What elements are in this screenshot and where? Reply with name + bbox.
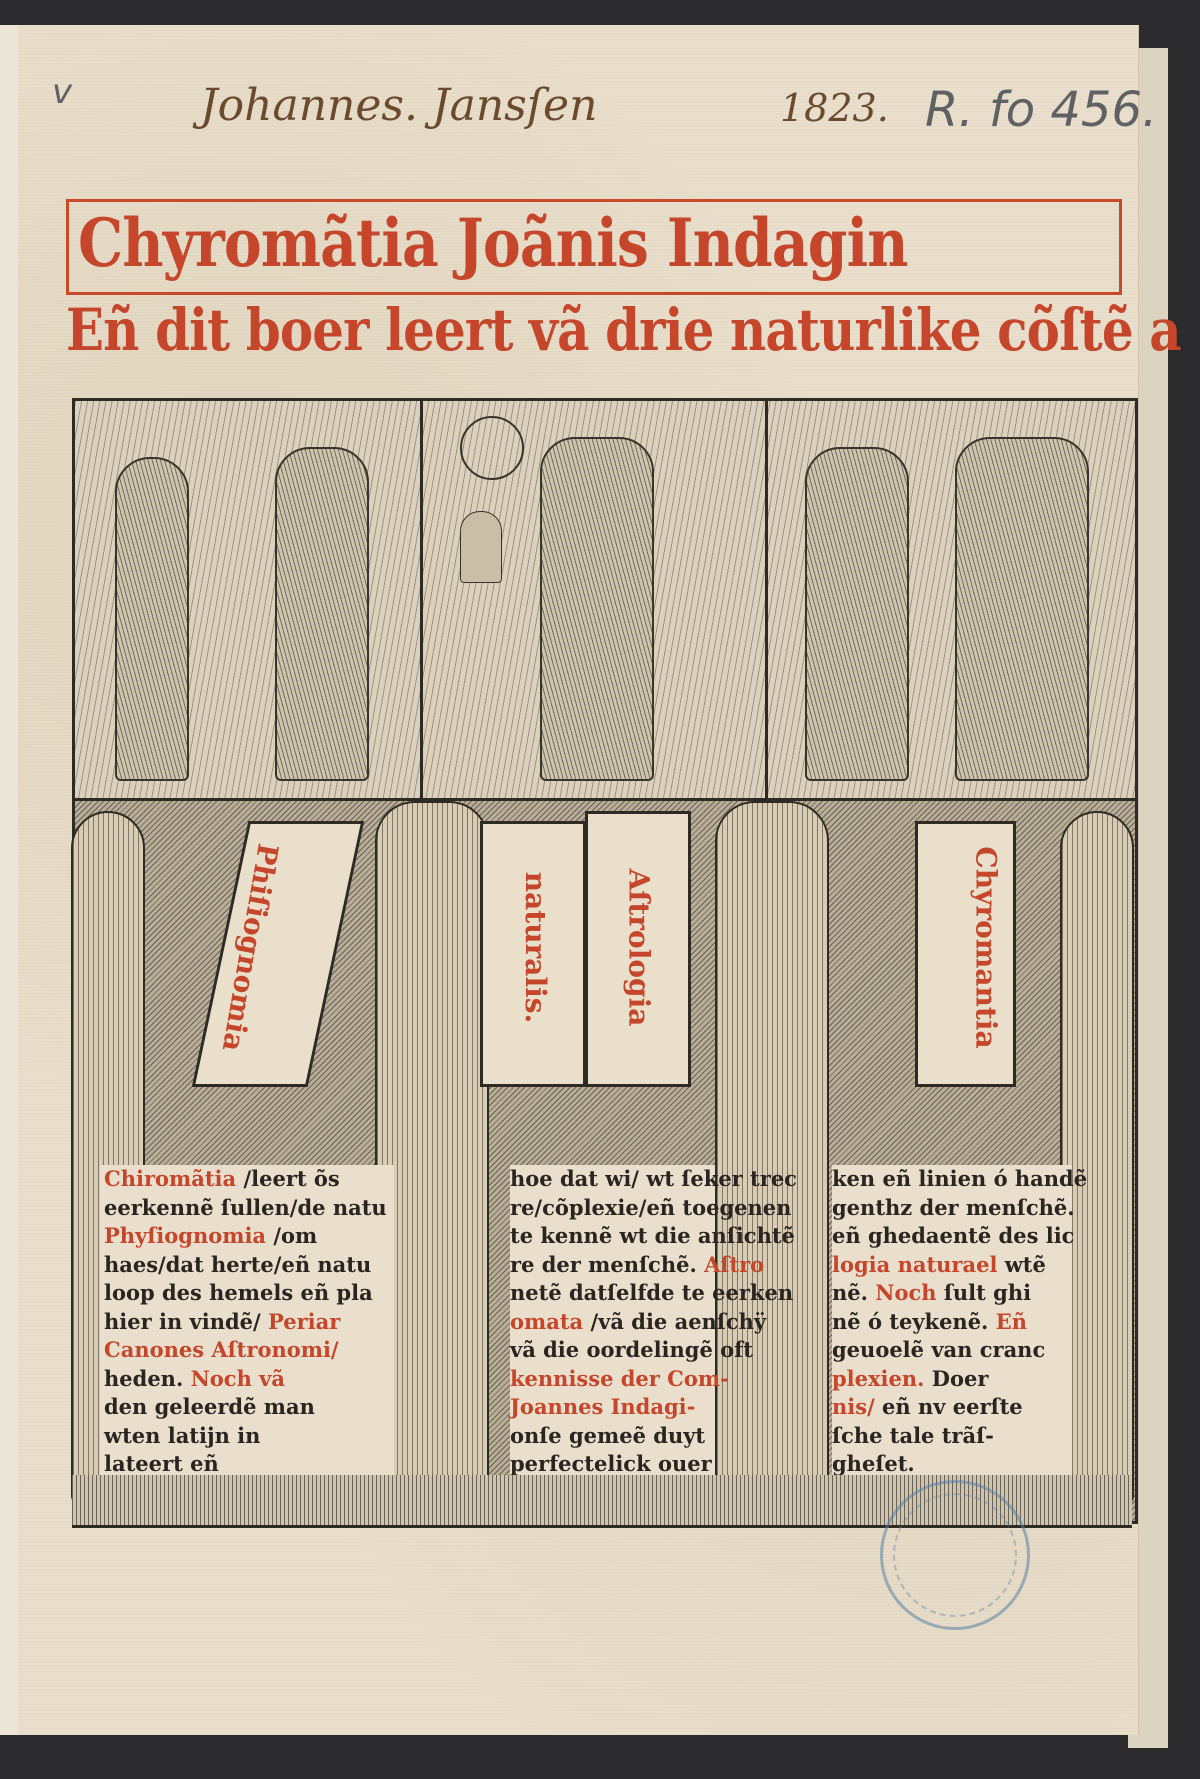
text-column-right: ken eñ linien ó handẽgenthz der menſchẽ.… — [832, 1165, 1072, 1479]
text-line: omata /vã die aenſchÿ — [510, 1308, 715, 1337]
text-line: nẽ. Noch ſult ghi — [832, 1279, 1072, 1308]
owner-inscription: Johannes. Jansſen — [200, 80, 597, 131]
text-line: re/cõplexie/eñ toegenen — [510, 1194, 715, 1223]
text-line: nẽ ó teykenẽ. Eñ — [832, 1308, 1072, 1337]
body-text: genthz der menſchẽ. — [832, 1195, 1075, 1220]
body-text: hoe dat wi/ wt ſeker trec — [510, 1166, 797, 1191]
rubric-text: nis/ — [832, 1394, 875, 1419]
rubric-text: Noch — [875, 1280, 936, 1305]
rubric-text: plexien. — [832, 1366, 924, 1391]
title-line-1: Chyromãtia Joãnis Indagin — [78, 204, 908, 282]
body-text: /vã die aenſchÿ — [583, 1309, 766, 1334]
figure-palm-reader — [955, 437, 1089, 781]
text-line: eerkennẽ ſullen/de natu — [104, 1194, 394, 1223]
body-text: den geleerdẽ man — [104, 1394, 315, 1419]
text-line: te kennẽ wt die anſichtẽ — [510, 1222, 715, 1251]
body-text: wten latijn in — [104, 1423, 260, 1448]
rubric-text: Phyſiognomia — [104, 1223, 266, 1248]
text-line: ſche tale trãſ- — [832, 1422, 1072, 1451]
text-line: logia naturael wtẽ — [832, 1251, 1072, 1280]
body-text: /leert õs — [236, 1166, 340, 1191]
text-line: onſe gemeẽ duyt — [510, 1422, 715, 1451]
banner-label-naturalis: naturalis. — [519, 872, 552, 1023]
text-line: loop des hemels eñ pla — [104, 1279, 394, 1308]
woodcut-illustration — [72, 398, 1138, 804]
body-text: eerkennẽ ſullen/de natu — [104, 1195, 387, 1220]
armillary-sphere-icon — [460, 416, 524, 480]
body-text: eñ nv eerſte — [875, 1394, 1023, 1419]
shelfmark: R. fo 456. — [925, 82, 1157, 138]
woodcut-panel-astrology — [420, 401, 768, 801]
body-text: re/cõplexie/eñ toegenen — [510, 1195, 791, 1220]
text-line: heden. Noch vã — [104, 1365, 394, 1394]
body-text: ken eñ linien ó handẽ — [832, 1166, 1087, 1191]
body-text: re der menſchẽ. — [510, 1252, 704, 1277]
left-margin-mark: v — [52, 72, 72, 112]
body-text: ſult ghi — [937, 1280, 1032, 1305]
text-column-middle: hoe dat wi/ wt ſeker trecre/cõplexie/eñ … — [510, 1165, 715, 1479]
text-line: haes/dat herte/eñ natu — [104, 1251, 394, 1280]
body-text: onſe gemeẽ duyt — [510, 1423, 705, 1448]
library-stamp — [880, 1480, 1030, 1630]
text-line: ken eñ linien ó handẽ — [832, 1165, 1072, 1194]
woodcut-panel-physiognomy — [75, 401, 423, 801]
text-line: nis/ eñ nv eerſte — [832, 1393, 1072, 1422]
body-text: gheſet. — [832, 1451, 915, 1476]
text-line: Canones Aſtronomi/ — [104, 1336, 394, 1365]
body-text: eñ ghedaentẽ des lic — [832, 1223, 1074, 1248]
text-line: Chiromãtia /leert õs — [104, 1165, 394, 1194]
figure-woman — [115, 457, 189, 781]
banner-label-astrology: Aſtrologia — [622, 869, 655, 1027]
body-text: heden. — [104, 1366, 191, 1391]
body-text: lateert eñ — [104, 1451, 219, 1476]
figure-astrologer — [540, 437, 654, 781]
rubric-text: Aſtro — [704, 1252, 764, 1277]
text-line: plexien. Doer — [832, 1365, 1072, 1394]
rubric-text: Joannes Indagi- — [510, 1394, 695, 1419]
body-text: Doer — [924, 1366, 988, 1391]
body-text: netẽ datſelfde te eerken — [510, 1280, 793, 1305]
adjacent-page-edge — [0, 25, 19, 1735]
banner-label-chiromancy: Chyromantia — [970, 846, 1003, 1048]
rubric-text: Periar — [268, 1309, 340, 1334]
body-text: hier in vindẽ/ — [104, 1309, 268, 1334]
body-text: nẽ ó teykenẽ. — [832, 1309, 996, 1334]
text-line: vã die oordelingẽ oft — [510, 1336, 715, 1365]
rubric-text: logia naturael — [832, 1252, 997, 1277]
figure-man-hat — [275, 447, 369, 781]
text-line: hier in vindẽ/ Periar — [104, 1308, 394, 1337]
text-line: netẽ datſelfde te eerken — [510, 1279, 715, 1308]
body-text: /om — [266, 1223, 317, 1248]
body-text: ſche tale trãſ- — [832, 1423, 994, 1448]
text-line: genthz der menſchẽ. — [832, 1194, 1072, 1223]
title-line-2: Eñ dit boer leert vã drie naturlike cõſt… — [66, 296, 1181, 364]
body-text: wtẽ — [997, 1252, 1045, 1277]
rubric-text: kennisse der Com- — [510, 1366, 729, 1391]
text-line: den geleerdẽ man — [104, 1393, 394, 1422]
stamp-inner-ring — [893, 1493, 1017, 1617]
body-text: nẽ. — [832, 1280, 875, 1305]
rubric-text: Chiromãtia — [104, 1166, 236, 1191]
rubric-text: Eñ — [996, 1309, 1027, 1334]
rubric-text: Noch vã — [191, 1366, 285, 1391]
figure-soldier — [805, 447, 909, 781]
text-line: Joannes Indagi- — [510, 1393, 715, 1422]
body-text: loop des hemels eñ pla — [104, 1280, 373, 1305]
title-rule — [66, 292, 1116, 295]
text-line: hoe dat wi/ wt ſeker trec — [510, 1165, 715, 1194]
inscription-year: 1823. — [780, 86, 889, 130]
text-line: geuoelẽ van cranc — [832, 1336, 1072, 1365]
text-line: wten latijn in — [104, 1422, 394, 1451]
column-center-right — [715, 801, 829, 1505]
body-text: te kennẽ wt die anſichtẽ — [510, 1223, 795, 1248]
tree-icon — [460, 511, 502, 583]
rubric-text: Canones Aſtronomi/ — [104, 1337, 339, 1362]
text-line: re der menſchẽ. Aſtro — [510, 1251, 715, 1280]
rubric-text: omata — [510, 1309, 583, 1334]
text-line: kennisse der Com- — [510, 1365, 715, 1394]
body-text: geuoelẽ van cranc — [832, 1337, 1045, 1362]
body-text: haes/dat herte/eñ natu — [104, 1252, 371, 1277]
body-text: vã die oordelingẽ oft — [510, 1337, 753, 1362]
woodcut-panel-chiromancy — [765, 401, 1132, 801]
text-line: Phyſiognomia /om — [104, 1222, 394, 1251]
body-text: perfectelick ouer — [510, 1451, 712, 1476]
text-column-left: Chiromãtia /leert õseerkennẽ ſullen/de n… — [100, 1165, 394, 1479]
text-line: eñ ghedaentẽ des lic — [832, 1222, 1072, 1251]
